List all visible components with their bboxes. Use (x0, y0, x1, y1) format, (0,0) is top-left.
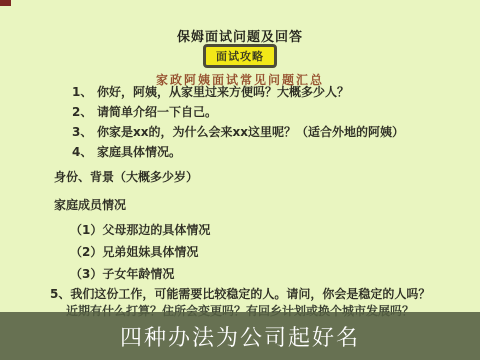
caption-text: 四种办法为公司起好名 (120, 321, 360, 352)
question-five: 5、我们这份工作，可能需要比较稳定的人。请问，你会是稳定的人吗？ (50, 285, 468, 302)
question-text: 家庭具体情况。 (97, 146, 464, 159)
caption-bar: 四种办法为公司起好名 (0, 312, 480, 360)
question-number: 2、 (72, 106, 97, 119)
detail-sub-item: （1）父母那边的具体情况 (70, 221, 466, 238)
question-text: 你好，阿姨，从家里过来方便吗？大概多少人？ (97, 86, 464, 99)
question-item: 4、 家庭具体情况。 (72, 146, 464, 159)
question-number: 3、 (72, 126, 97, 139)
question-list: 1、 你好，阿姨，从家里过来方便吗？大概多少人？ 2、 请简单介绍一下自己。 3… (72, 86, 464, 166)
question-number: 4、 (72, 146, 97, 159)
question-item: 3、 你家是xx的，为什么会来xx这里呢？（适合外地的阿姨） (72, 126, 464, 139)
question-item: 1、 你好，阿姨，从家里过来方便吗？大概多少人？ (72, 86, 464, 99)
question-text: 请简单介绍一下自己。 (97, 106, 464, 119)
question-item: 2、 请简单介绍一下自己。 (72, 106, 464, 119)
article-image: 保姆面试问题及回答 面试攻略 家政阿姨面试常见问题汇总 1、 你好，阿姨，从家里… (0, 0, 480, 360)
detail-identity-line: 身份、背景（大概多少岁） (54, 168, 466, 185)
detail-sub-item: （3）子女年龄情况 (70, 265, 466, 282)
page-title: 保姆面试问题及回答 (0, 26, 480, 45)
corner-watermark (0, 0, 11, 6)
highlight-badge-row: 面试攻略 (0, 44, 480, 68)
question-number: 1、 (72, 86, 97, 99)
highlight-badge: 面试攻略 (203, 44, 277, 68)
detail-section-header: 家庭成员情况 (54, 196, 466, 213)
detail-sub-item: （2）兄弟姐妹具体情况 (70, 243, 466, 260)
question-text: 你家是xx的，为什么会来xx这里呢？（适合外地的阿姨） (97, 126, 464, 139)
